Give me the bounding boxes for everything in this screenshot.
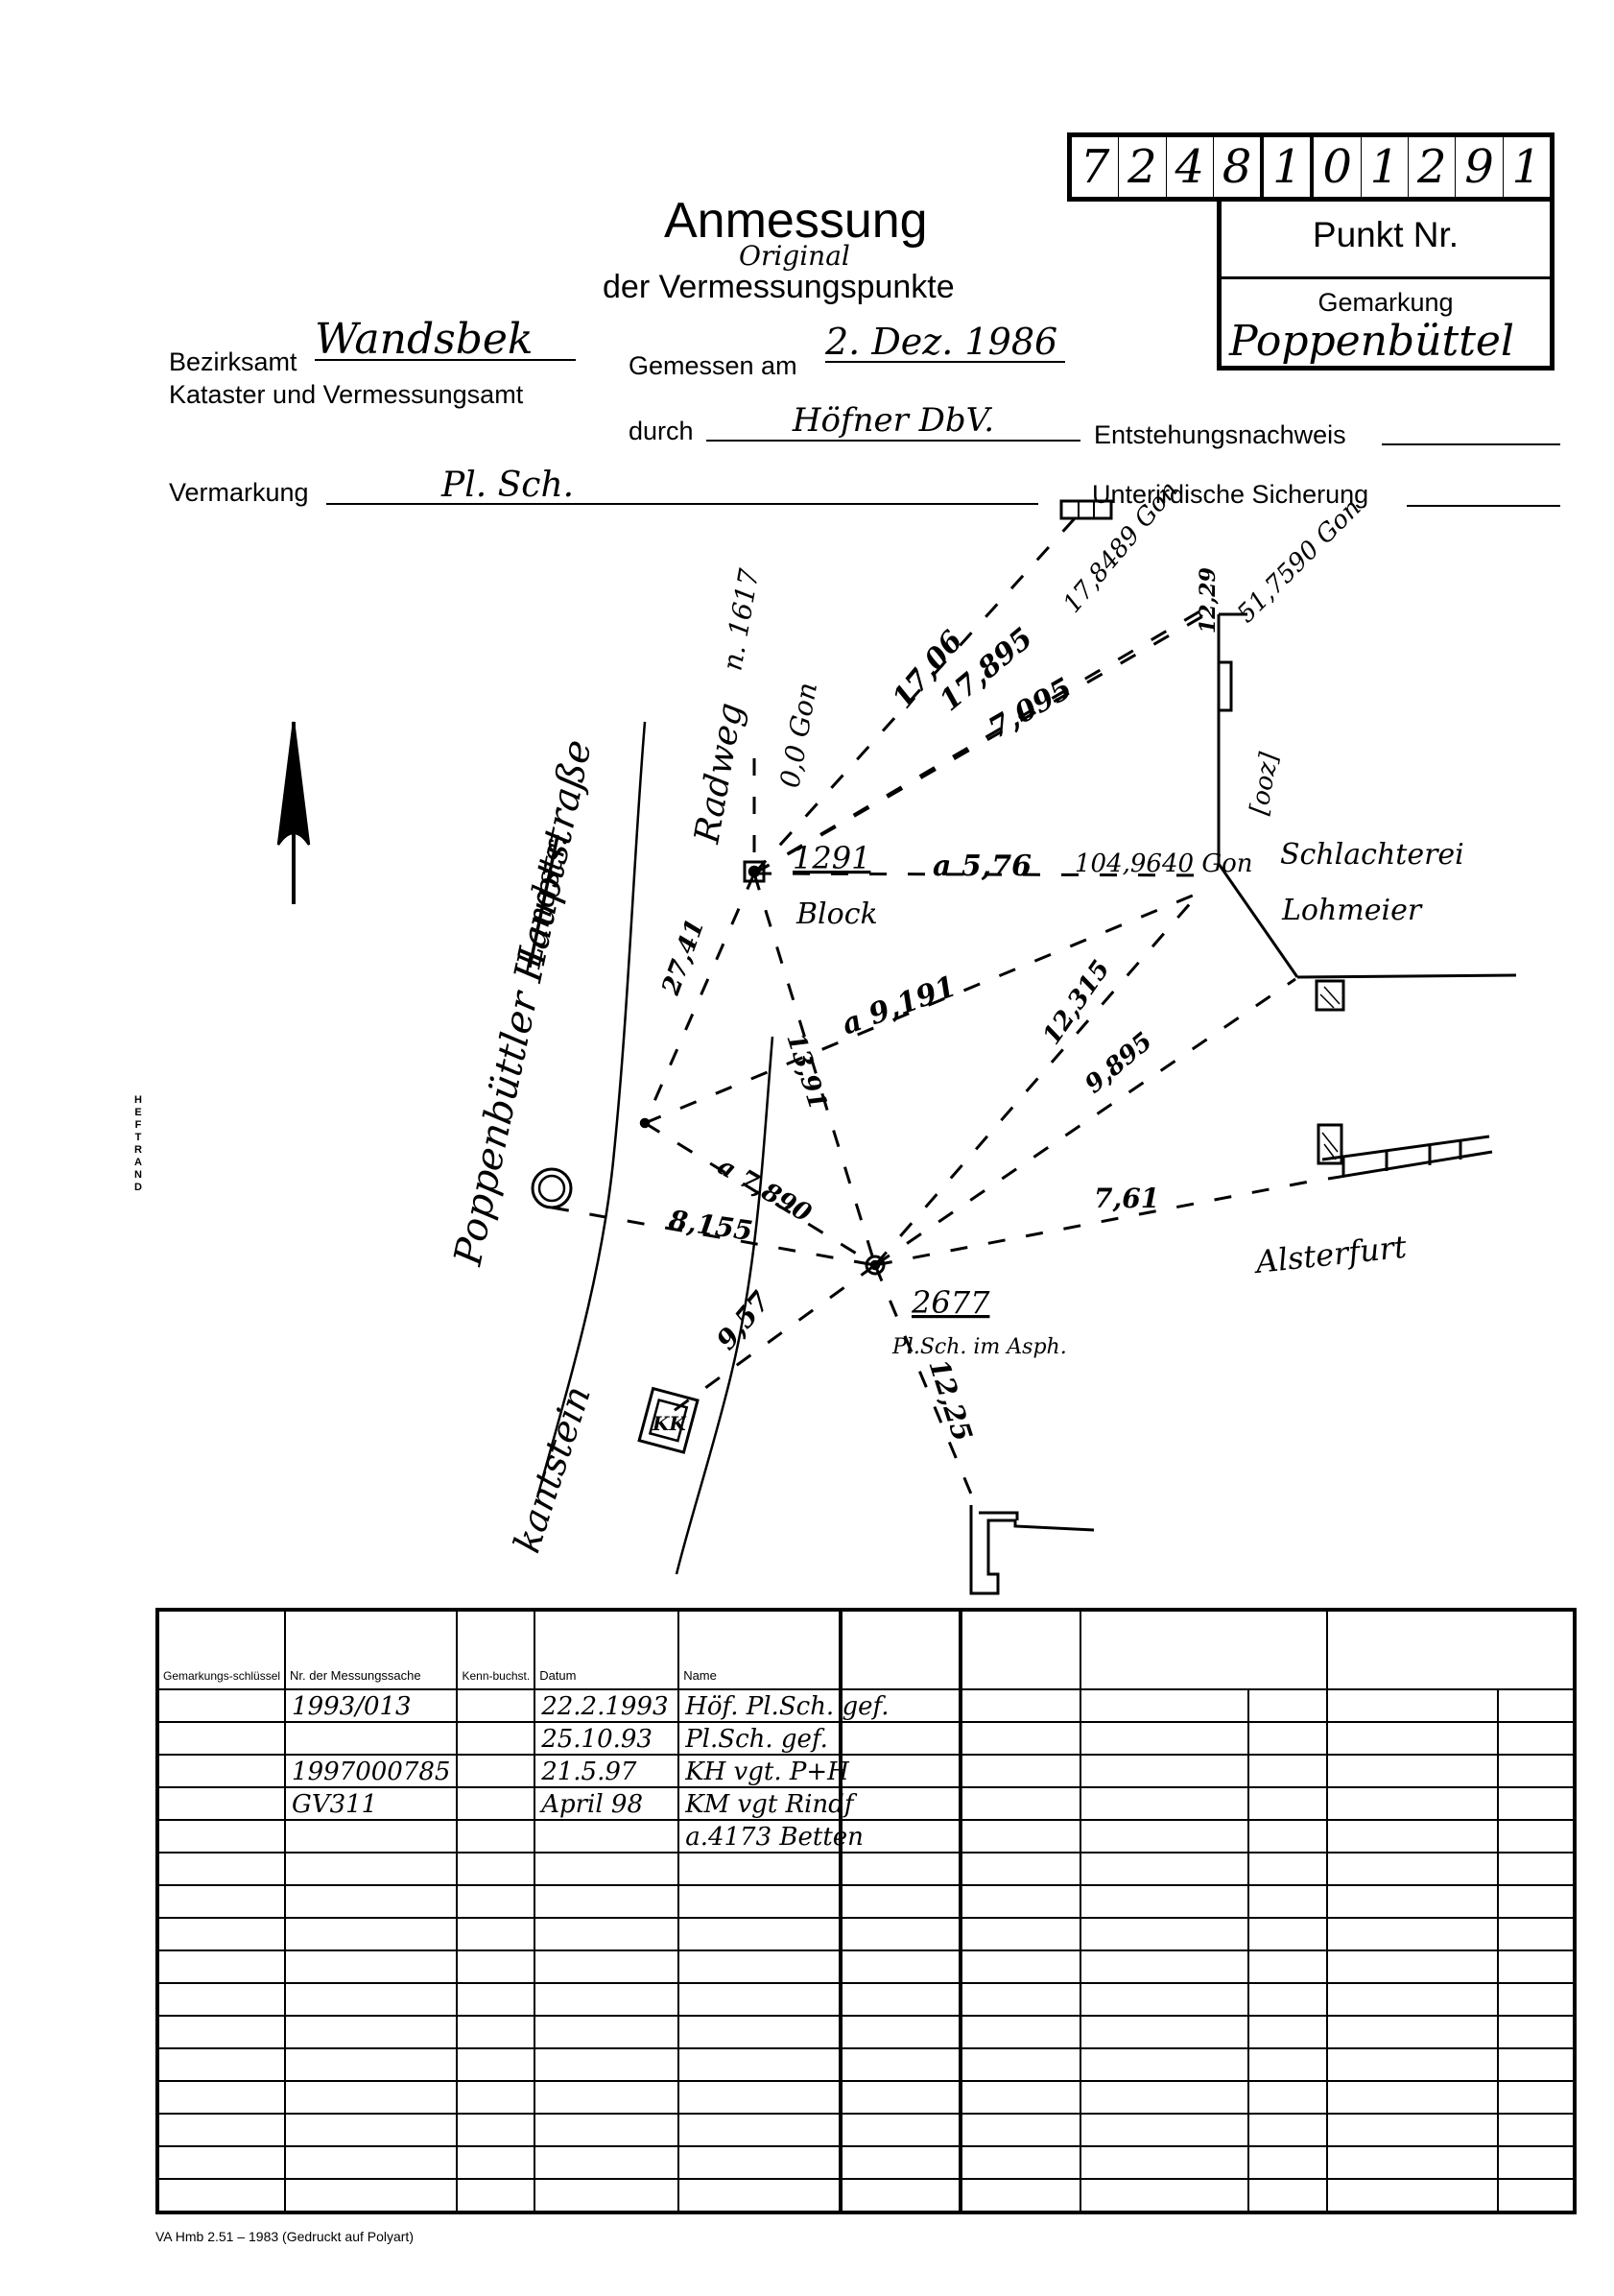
continuation-table <box>839 1608 1577 2214</box>
table-cell[interactable] <box>1248 1787 1327 1820</box>
table-cell[interactable] <box>841 2016 1080 2048</box>
table-cell[interactable] <box>1327 1918 1498 1950</box>
bike-path-label: Radweg <box>687 700 750 847</box>
table-header-cell: Kenn-buchst. <box>457 1610 534 1689</box>
table-cell[interactable] <box>1080 2016 1248 2048</box>
table-cell[interactable] <box>1327 1755 1498 1787</box>
table-cell[interactable] <box>534 1820 678 1853</box>
table-cell[interactable] <box>1080 1950 1248 1983</box>
table-cell[interactable] <box>457 1853 534 1885</box>
table-cell[interactable] <box>1248 1722 1327 1755</box>
area-name-label: Alsterfurt <box>1251 1229 1409 1281</box>
table-cell[interactable] <box>841 2146 1080 2179</box>
table-cell[interactable] <box>285 1853 457 1885</box>
table-cell[interactable] <box>1498 2048 1575 2081</box>
table-cell[interactable] <box>1248 1918 1327 1950</box>
table-header-cell: Gemarkungs-schlüssel <box>157 1610 285 1689</box>
curb-label: kantstein <box>506 1381 599 1558</box>
table-row <box>841 2048 1575 2081</box>
point-1291-label: 1291 <box>793 840 870 876</box>
table-cell[interactable] <box>1327 1983 1498 2016</box>
table-cell[interactable] <box>1080 2114 1248 2146</box>
table-cell[interactable]: 21.5.97 <box>534 1755 678 1787</box>
table-cell[interactable] <box>1080 2179 1248 2212</box>
table-cell[interactable] <box>1080 1755 1248 1787</box>
table-row <box>841 1820 1575 1853</box>
table-row <box>841 1689 1575 1722</box>
table-cell[interactable] <box>1080 1885 1248 1918</box>
table-cell[interactable] <box>157 1853 285 1885</box>
table-cell[interactable] <box>457 1820 534 1853</box>
table-cell[interactable] <box>285 1950 457 1983</box>
table-cell[interactable] <box>285 2179 457 2212</box>
building-annotation: [ooz] <box>1245 750 1284 817</box>
measure-13-91: 13,91 <box>780 1030 832 1113</box>
table-cell[interactable] <box>1498 2081 1575 2114</box>
table-cell[interactable] <box>1248 2016 1327 2048</box>
table-header-cell <box>841 1610 1080 1689</box>
table-cell[interactable] <box>457 1689 534 1722</box>
table-cell[interactable] <box>534 1918 678 1950</box>
table-cell[interactable] <box>841 1950 1080 1983</box>
table-cell[interactable] <box>1498 1689 1575 1722</box>
measure-7-61: 7,61 <box>1094 1183 1159 1214</box>
table-cell[interactable] <box>841 1755 1080 1787</box>
table-cell[interactable] <box>841 2048 1080 2081</box>
table-cell[interactable] <box>457 1755 534 1787</box>
table-cell[interactable] <box>1498 1918 1575 1950</box>
table-cell[interactable] <box>1498 2179 1575 2212</box>
hydrant-label: KK <box>652 1412 687 1435</box>
table-cell[interactable] <box>1248 2179 1327 2212</box>
table-cell[interactable] <box>285 2048 457 2081</box>
point-2677-label: 2677 <box>911 1284 990 1321</box>
table-cell[interactable] <box>457 1722 534 1755</box>
table-cell[interactable] <box>1327 1820 1498 1853</box>
table-cell[interactable]: 22.2.1993 <box>534 1689 678 1722</box>
measure-104-9640-gon: 104,9640 Gon <box>1075 849 1253 878</box>
table-cell[interactable] <box>1248 1950 1327 1983</box>
table-cell[interactable] <box>285 1722 457 1755</box>
table-cell[interactable] <box>1498 1820 1575 1853</box>
table-cell[interactable] <box>534 2179 678 2212</box>
measure-12-29: 12,29 <box>1196 567 1221 634</box>
table-cell[interactable] <box>1327 1950 1498 1983</box>
table-cell[interactable] <box>1498 2016 1575 2048</box>
table-cell[interactable] <box>1498 1722 1575 1755</box>
table-cell[interactable] <box>1080 1918 1248 1950</box>
table-cell[interactable] <box>157 1787 285 1820</box>
table-row <box>841 1787 1575 1820</box>
table-cell[interactable] <box>841 1918 1080 1950</box>
table-cell[interactable] <box>841 1853 1080 1885</box>
table-cell[interactable] <box>157 2146 285 2179</box>
table-row <box>841 1853 1575 1885</box>
table-cell[interactable]: 25.10.93 <box>534 1722 678 1755</box>
table-cell[interactable] <box>1327 2048 1498 2081</box>
table-cell[interactable] <box>285 1983 457 2016</box>
point-1291-type: Block <box>795 897 878 931</box>
bearing-zero-label: 0,0 Gon <box>773 680 823 790</box>
table-cell[interactable] <box>1080 1983 1248 2016</box>
measure-9-57: 9,57 <box>710 1285 776 1356</box>
table-cell[interactable] <box>1248 1755 1327 1787</box>
table-cell[interactable] <box>1248 1820 1327 1853</box>
table-row <box>841 1950 1575 1983</box>
table-cell[interactable] <box>1080 1853 1248 1885</box>
table-cell[interactable] <box>285 2081 457 2114</box>
table-cell[interactable] <box>285 2146 457 2179</box>
table-cell[interactable] <box>157 1722 285 1755</box>
table-row <box>841 1722 1575 1755</box>
measure-51-7590-gon: 51,7590 Gon <box>1232 493 1367 629</box>
table-cell[interactable] <box>534 1983 678 2016</box>
measure-7-095: 7,095 <box>984 672 1079 746</box>
table-cell[interactable] <box>457 1885 534 1918</box>
table-cell[interactable] <box>1248 2114 1327 2146</box>
table-cell[interactable] <box>1080 1689 1248 1722</box>
table-cell[interactable] <box>457 2016 534 2048</box>
table-row <box>841 2146 1575 2179</box>
table-cell[interactable] <box>534 2146 678 2179</box>
table-cell[interactable] <box>1327 2016 1498 2048</box>
table-cell[interactable] <box>1248 2081 1327 2114</box>
table-row <box>841 2179 1575 2212</box>
table-cell[interactable] <box>1327 1722 1498 1755</box>
measure-9-895: 9,895 <box>1080 1027 1158 1099</box>
table-cell[interactable] <box>157 2016 285 2048</box>
table-cell[interactable] <box>1498 2114 1575 2146</box>
measure-8-155: 8,155 <box>666 1204 754 1247</box>
table-row <box>841 1885 1575 1918</box>
table-cell[interactable] <box>157 2081 285 2114</box>
table-cell[interactable] <box>285 1885 457 1918</box>
table-cell[interactable] <box>1498 2146 1575 2179</box>
table-cell[interactable] <box>841 1885 1080 1918</box>
table-cell[interactable] <box>1080 1787 1248 1820</box>
table-cell[interactable] <box>157 1885 285 1918</box>
table-row <box>841 2016 1575 2048</box>
table-cell[interactable] <box>1327 2179 1498 2212</box>
table-cell[interactable] <box>534 2081 678 2114</box>
bike-ref-label: n. 1617 <box>716 566 765 673</box>
table-cell[interactable] <box>457 2146 534 2179</box>
measure-5-76: a 5,76 <box>933 849 1032 883</box>
table-cell[interactable] <box>457 2179 534 2212</box>
table-cell[interactable] <box>157 1918 285 1950</box>
table-cell[interactable]: 1997000785 <box>285 1755 457 1787</box>
table-cell[interactable] <box>1327 1787 1498 1820</box>
table-cell[interactable]: GV311 <box>285 1787 457 1820</box>
table-cell[interactable] <box>534 1853 678 1885</box>
measure-12-25: 12,25 <box>922 1355 978 1446</box>
form-footer: VA Hmb 2.51 – 1983 (Gedruckt auf Polyart… <box>155 2229 414 2244</box>
table-cell[interactable] <box>1327 1885 1498 1918</box>
building-name-1: Schlachterei <box>1280 838 1464 872</box>
table-cell[interactable] <box>841 2179 1080 2212</box>
table-cell[interactable] <box>1498 1885 1575 1918</box>
table-cell[interactable] <box>841 1820 1080 1853</box>
north-arrow-icon <box>278 722 309 904</box>
table-cell[interactable] <box>1248 2048 1327 2081</box>
table-header-cell: Datum <box>534 1610 678 1689</box>
table-cell[interactable] <box>285 1918 457 1950</box>
table-cell[interactable] <box>457 1950 534 1983</box>
table-cell[interactable] <box>457 1983 534 2016</box>
table-cell[interactable] <box>1327 1853 1498 1885</box>
table-cell[interactable] <box>1498 1787 1575 1820</box>
table-cell[interactable] <box>534 2114 678 2146</box>
table-header-cell <box>1080 1610 1327 1689</box>
table-cell[interactable] <box>457 2114 534 2146</box>
table-cell[interactable] <box>1327 2114 1498 2146</box>
table-row <box>841 1918 1575 1950</box>
table-cell[interactable] <box>534 1950 678 1983</box>
table-cell[interactable] <box>1248 1689 1327 1722</box>
table-cell[interactable] <box>1327 1689 1498 1722</box>
table-row <box>841 2081 1575 2114</box>
table-cell[interactable] <box>457 1918 534 1950</box>
table-cell[interactable] <box>1248 1885 1327 1918</box>
table-cell[interactable] <box>157 1689 285 1722</box>
measure-9-191: a 9,191 <box>838 969 961 1041</box>
table-cell[interactable] <box>534 1885 678 1918</box>
table-cell[interactable] <box>1080 1820 1248 1853</box>
table-cell[interactable] <box>285 2114 457 2146</box>
table-cell[interactable] <box>841 2114 1080 2146</box>
table-cell[interactable] <box>841 1787 1080 1820</box>
table-cell[interactable] <box>1248 2146 1327 2179</box>
table-cell[interactable] <box>534 2048 678 2081</box>
table-cell[interactable] <box>841 1722 1080 1755</box>
table-cell[interactable] <box>1080 2048 1248 2081</box>
table-cell[interactable] <box>1080 2146 1248 2179</box>
table-row <box>841 1983 1575 2016</box>
point-2677-type: Pl.Sch. im Asph. <box>891 1335 1067 1359</box>
table-cell[interactable] <box>285 1820 457 1853</box>
table-cell[interactable] <box>1248 1983 1327 2016</box>
table-row <box>841 1755 1575 1787</box>
table-cell[interactable] <box>1327 2081 1498 2114</box>
survey-sketch: Poppenbüttler Hauptstraße Landstr. Radwe… <box>0 0 1614 1613</box>
table-cell[interactable] <box>157 2179 285 2212</box>
table-cell[interactable] <box>1248 1853 1327 1885</box>
table-cell[interactable] <box>1327 2146 1498 2179</box>
table-cell[interactable] <box>1498 1950 1575 1983</box>
table-cell[interactable] <box>157 1820 285 1853</box>
table-cell[interactable] <box>157 2114 285 2146</box>
table-cell[interactable] <box>1498 1983 1575 2016</box>
measure-27-41: 27,41 <box>656 916 710 1000</box>
measure-17-8489-gon: 17,8489 Gon <box>1057 476 1184 619</box>
table-cell[interactable] <box>457 1787 534 1820</box>
table-cell[interactable]: 1993/013 <box>285 1689 457 1722</box>
table-header-cell <box>1327 1610 1575 1689</box>
table-cell[interactable] <box>841 1983 1080 2016</box>
building-name-2: Lohmeier <box>1281 894 1423 927</box>
table-cell[interactable] <box>457 2081 534 2114</box>
table-cell[interactable] <box>285 2016 457 2048</box>
table-cell[interactable]: April 98 <box>534 1787 678 1820</box>
table-cell[interactable] <box>841 1689 1080 1722</box>
street-main-label: Poppenbüttler Hauptstraße <box>446 736 601 1270</box>
table-cell[interactable] <box>157 2048 285 2081</box>
table-cell[interactable] <box>157 1755 285 1787</box>
table-row <box>841 2114 1575 2146</box>
table-cell[interactable] <box>1080 2081 1248 2114</box>
table-cell[interactable] <box>157 1950 285 1983</box>
table-cell[interactable] <box>157 1983 285 2016</box>
table-cell[interactable] <box>457 2048 534 2081</box>
table-cell[interactable] <box>1498 1853 1575 1885</box>
table-cell[interactable] <box>1498 1755 1575 1787</box>
table-cell[interactable] <box>841 2081 1080 2114</box>
table-header-cell: Nr. der Messungssache <box>285 1610 457 1689</box>
table-cell[interactable] <box>534 2016 678 2048</box>
table-cell[interactable] <box>1080 1722 1248 1755</box>
